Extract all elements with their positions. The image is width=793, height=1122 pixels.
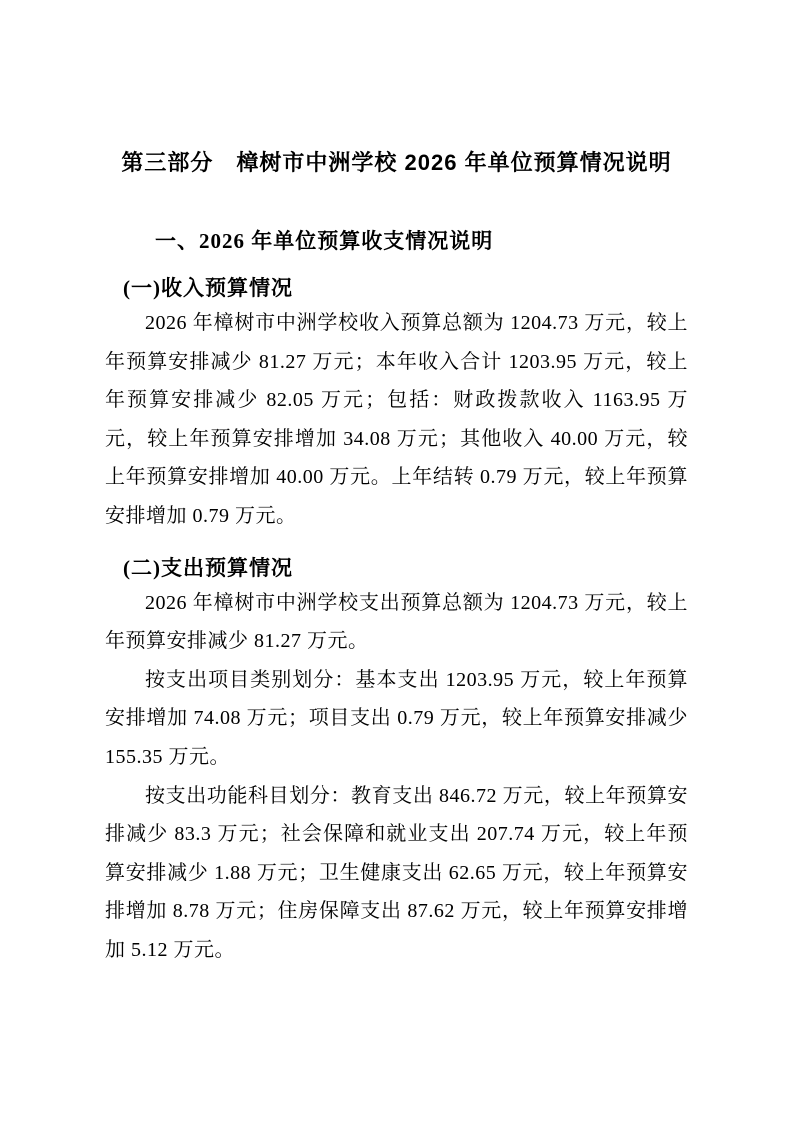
subsection-heading-income: (一)收入预算情况 (105, 272, 688, 304)
document-title: 第三部分 樟树市中洲学校 2026 年单位预算情况说明 (105, 148, 688, 178)
expenditure-by-function-paragraph: 按支出功能科目划分：教育支出 846.72 万元，较上年预算安排减少 83.3 … (105, 777, 688, 970)
income-budget-paragraph: 2026 年樟树市中洲学校收入预算总额为 1204.73 万元，较上年预算安排减… (105, 304, 688, 536)
document-page: 第三部分 樟树市中洲学校 2026 年单位预算情况说明 一、2026 年单位预算… (0, 0, 793, 1122)
expenditure-by-category-paragraph: 按支出项目类别划分：基本支出 1203.95 万元，较上年预算安排增加 74.0… (105, 661, 688, 777)
section-heading-budget-overview: 一、2026 年单位预算收支情况说明 (105, 226, 688, 256)
subsection-heading-expenditure: (二)支出预算情况 (105, 552, 688, 584)
expenditure-total-paragraph: 2026 年樟树市中洲学校支出预算总额为 1204.73 万元，较上年预算安排减… (105, 584, 688, 661)
